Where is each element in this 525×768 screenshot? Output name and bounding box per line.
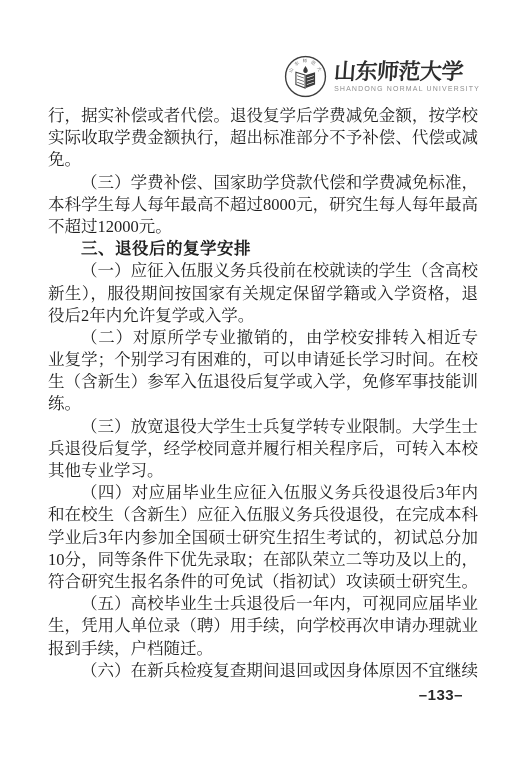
university-name-en: SHANDONG NORMAL UNIVERSITY (334, 86, 480, 93)
text-line: 本科学生每人每年最高不超过8000元，研究生每人每年最高 (48, 194, 478, 216)
text-line: 业复学；个别学习有困难的，可以申请延长学习时间。在校 (48, 349, 478, 371)
text-line: 实际收取学费金额执行，超出标准部分不予补偿、代偿或减 (48, 127, 478, 149)
text-line: 10分，同等条件下优先录取；在部队荣立二等功及以上的， (48, 549, 478, 571)
university-logo: 山 东 师 范 大 学 山东师范大学 SHANDONG NORMAL UNIVE… (284, 55, 480, 98)
text-line: 练。 (48, 393, 478, 415)
text-line: 其他专业学习。 (48, 460, 478, 482)
document-body: 行，据实补偿或者代偿。退役复学后学费减免金额，按学校实际收取学费金额执行，超出标… (48, 105, 478, 682)
text-line: 兵退役后复学，经学校同意并履行相关程序后，可转入本校 (48, 438, 478, 460)
text-line: 新生），服役期间按国家有关规定保留学籍或入学资格，退 (48, 283, 478, 305)
text-line: 生，凭用人单位录（聘）用手续，向学校再次申请办理就业 (48, 615, 478, 637)
text-line: 免。 (48, 149, 478, 171)
text-line: （三）放宽退役大学生士兵复学转专业限制。大学生士 (48, 416, 478, 438)
document-page: 山 东 师 范 大 学 山东师范大学 SHANDONG NORMAL UNIVE… (0, 0, 525, 768)
text-line: （六）在新兵检疫复查期间退回或因身体原因不宜继续 (48, 660, 478, 682)
text-line: 报到手续，户档随迁。 (48, 638, 478, 660)
text-line: 符合研究生报名条件的可免试（指初试）攻读硕士研究生。 (48, 571, 478, 593)
text-line: （二）对原所学专业撤销的，由学校安排转入相近专 (48, 327, 478, 349)
text-line: 行，据实补偿或者代偿。退役复学后学费减免金额，按学校 (48, 105, 478, 127)
section-heading: 三、退役后的复学安排 (48, 238, 478, 260)
text-line: （四）对应届毕业生应征入伍服义务兵役退役后3年内 (48, 482, 478, 504)
university-seal-icon: 山 东 师 范 大 学 (284, 55, 327, 98)
page-number: –133– (419, 687, 463, 704)
text-line: 不超过12000元。 (48, 216, 478, 238)
text-line: 役后2年内允许复学或入学。 (48, 305, 478, 327)
text-line: （三）学费补偿、国家助学贷款代偿和学费减免标准， (48, 172, 478, 194)
text-line: 生（含新生）参军入伍退役后复学或入学，免修军事技能训 (48, 371, 478, 393)
text-line: （一）应征入伍服义务兵役前在校就读的学生（含高校 (48, 260, 478, 282)
text-line: （五）高校毕业生士兵退役后一年内，可视同应届毕业 (48, 593, 478, 615)
university-name-cn: 山东师范大学 (333, 60, 464, 84)
text-line: 学业后3年内参加全国硕士研究生招生考试的，初试总分加 (48, 527, 478, 549)
text-line: 和在校生（含新生）应征入伍服义务兵役退役，在完成本科 (48, 504, 478, 526)
university-name-block: 山东师范大学 SHANDONG NORMAL UNIVERSITY (334, 60, 480, 93)
